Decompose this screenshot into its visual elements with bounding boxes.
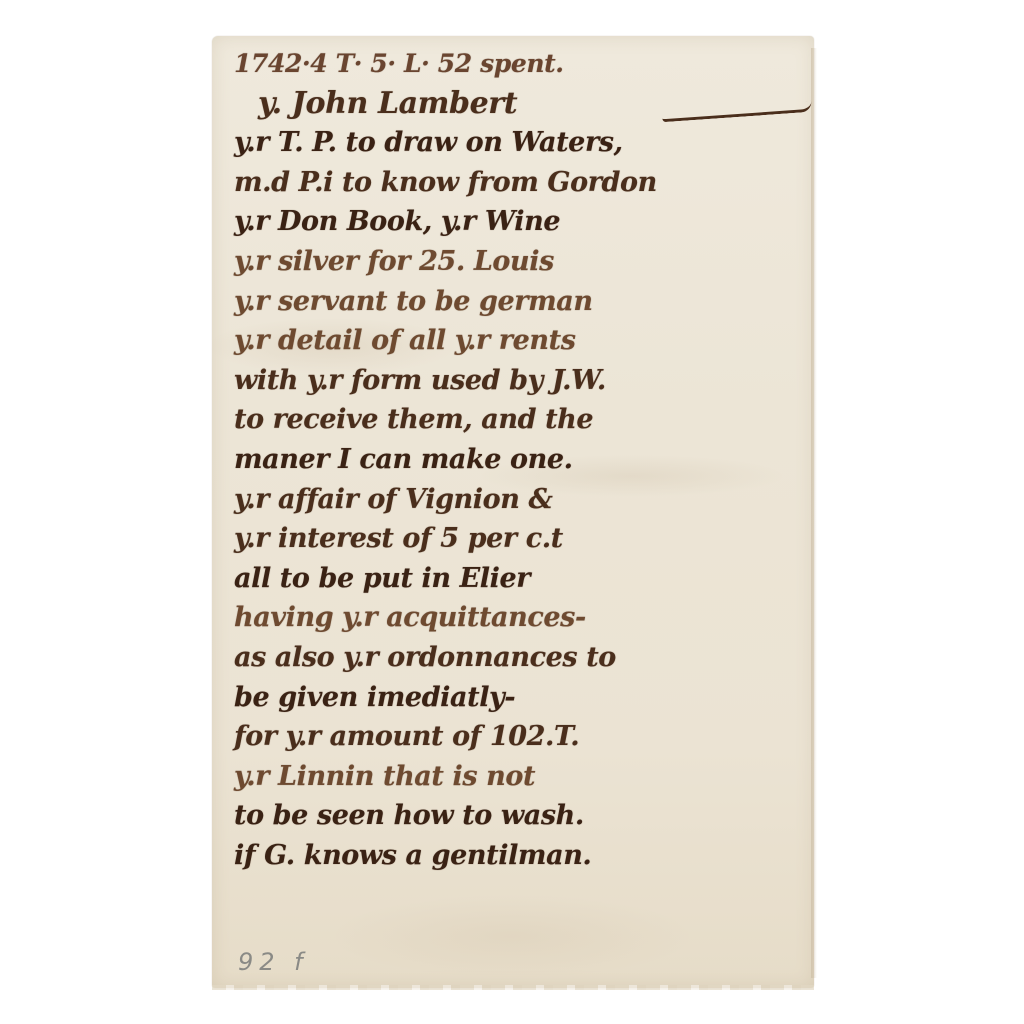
manuscript-line-text: y. John Lambert [258, 86, 517, 121]
pencil-annotation: 92 f [238, 948, 309, 976]
manuscript-photo: 1742·4 T· 5· L· 52 spent. y. John Lamber… [0, 0, 1024, 1024]
manuscript-line: for y.r amount of 102.T. [234, 717, 806, 757]
manuscript-line-john-lambert: y. John Lambert [234, 84, 806, 124]
manuscript-line: all to be put in Elier [234, 559, 806, 599]
manuscript-line: y.r T. P. to draw on Waters, [234, 123, 806, 163]
manuscript-line: y.r affair of Vignion & [234, 480, 806, 520]
manuscript-line: if G. knows a gentilman. [234, 836, 806, 876]
manuscript-line: y.r interest of 5 per c.t [234, 519, 806, 559]
manuscript-line: having y.r acquittances- [234, 598, 806, 638]
manuscript-line: y.r Don Book, y.r Wine [234, 202, 806, 242]
manuscript-line: as also y.r ordonnances to [234, 638, 806, 678]
manuscript-line: y.r servant to be german [234, 282, 806, 322]
manuscript-line: y.r detail of all y.r rents [234, 321, 806, 361]
manuscript-line: y.r silver for 25. Louis [234, 242, 806, 282]
manuscript-line: be given imediatly- [234, 678, 806, 718]
manuscript-line: with y.r form used by J.W. [234, 361, 806, 401]
manuscript-line: y.r Linnin that is not [234, 757, 806, 797]
manuscript-line: maner I can make one. [234, 440, 806, 480]
manuscript-line: m.d P.i to know from Gordon [234, 163, 806, 203]
manuscript-page: 1742·4 T· 5· L· 52 spent. y. John Lamber… [212, 36, 814, 988]
manuscript-line-header: 1742·4 T· 5· L· 52 spent. [234, 44, 806, 84]
manuscript-line: to receive them, and the [234, 400, 806, 440]
handwritten-text-block: 1742·4 T· 5· L· 52 spent. y. John Lamber… [234, 44, 806, 875]
pen-flourish [662, 100, 812, 121]
manuscript-line: to be seen how to wash. [234, 796, 806, 836]
torn-paper-edge [212, 985, 814, 990]
